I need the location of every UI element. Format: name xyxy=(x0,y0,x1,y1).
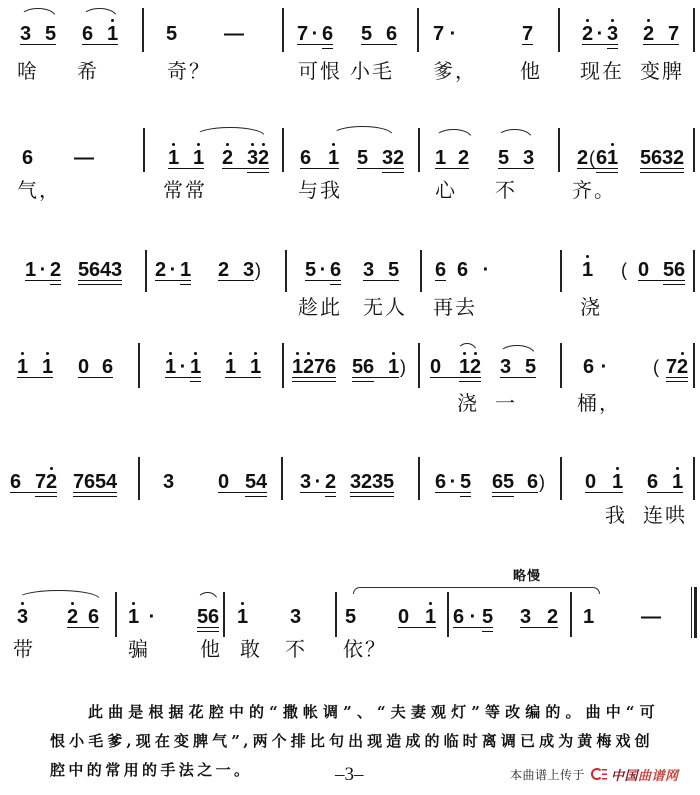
octave-dot-icon xyxy=(71,602,74,605)
note: 1 xyxy=(128,607,139,627)
watermark-brand-part1: 中国 xyxy=(611,765,638,784)
note-text: 1 xyxy=(128,607,139,627)
note: 1 xyxy=(237,607,248,627)
octave-dot-icon xyxy=(132,602,135,605)
note-group: 1 xyxy=(583,607,594,627)
footnote-line: 腔中的常用的手法之一。 xyxy=(50,760,252,780)
note: 5 xyxy=(482,607,493,627)
note-text: 6 xyxy=(208,607,219,627)
watermark: 本曲谱上传于 中国 曲谱网 xyxy=(510,766,679,782)
note-text: 5 xyxy=(482,607,493,627)
note-text: 1 xyxy=(237,607,248,627)
augmentation-dot: · xyxy=(145,607,159,627)
score-page: 3 56 15—7·65 67·72·32 7啥希奇？可恨小毛爹，他现在变脾 6… xyxy=(0,0,700,795)
note: 6 xyxy=(88,607,99,627)
note: 0 xyxy=(398,607,409,627)
octave-dot-icon xyxy=(241,602,244,605)
note-text: 5 xyxy=(345,607,356,627)
final-double-barline xyxy=(691,587,692,638)
score-line: 32 61·561350 16·53 21—带骗他敢不依？ xyxy=(0,0,700,795)
note: 3 xyxy=(290,607,301,627)
note-text: 3 xyxy=(290,607,301,627)
logo-lines xyxy=(602,769,607,780)
note-group: 2 6 xyxy=(67,607,99,627)
lyric: 不 xyxy=(285,638,307,660)
note: 3 xyxy=(17,607,28,627)
barline xyxy=(115,592,117,637)
slur xyxy=(197,592,218,601)
note: 6 xyxy=(453,607,464,627)
note: 3 xyxy=(520,607,531,627)
octave-dot-icon xyxy=(429,602,432,605)
lyric: 他 xyxy=(200,638,222,660)
slur xyxy=(17,590,100,599)
note-group: 5 xyxy=(345,607,356,627)
note-group: 3 2 xyxy=(520,607,558,627)
note-group: 0 1 xyxy=(398,607,436,627)
note-text: 1 xyxy=(583,607,594,627)
note-text: · xyxy=(470,607,477,627)
lyric: 依？ xyxy=(343,638,387,660)
footnote-line: 恨小毛爹,现在变脾气”,两个排比句出现造成的临时离调已成为黄梅戏创 xyxy=(50,731,653,751)
note-group: 3 xyxy=(290,607,301,627)
note: 1 xyxy=(425,607,436,627)
barline xyxy=(570,592,572,637)
note-text: 3 xyxy=(17,607,28,627)
note-text: 2 xyxy=(547,607,558,627)
lyric: 敢 xyxy=(240,638,262,660)
note-group: — xyxy=(641,607,661,627)
note-text: 6 xyxy=(453,607,464,627)
note-text: 2 xyxy=(67,607,78,627)
note: 5 xyxy=(197,607,208,627)
note: 6 xyxy=(208,607,219,627)
barline xyxy=(447,592,449,637)
site-logo-icon xyxy=(591,768,608,781)
footnote-line: 此曲是根据花腔中的“撒帐调”、“夫妻观灯”等改编的。曲中“可 xyxy=(88,702,658,722)
note: 5 xyxy=(345,607,356,627)
note: 1 xyxy=(583,607,594,627)
note-group: 1 xyxy=(128,607,139,627)
note-text: · xyxy=(149,607,156,627)
note-text: 6 xyxy=(88,607,99,627)
note-spacer xyxy=(78,607,88,627)
page-number: –3– xyxy=(335,764,364,786)
watermark-prefix: 本曲谱上传于 xyxy=(510,766,585,783)
barline xyxy=(335,592,337,637)
lyric: 骗 xyxy=(128,638,150,660)
barline xyxy=(223,592,225,637)
note-spacer xyxy=(531,607,547,627)
tempo-bracket xyxy=(353,587,600,594)
note-group: 56 xyxy=(197,607,219,627)
note-spacer xyxy=(409,607,425,627)
note-text: 1 xyxy=(425,607,436,627)
watermark-brand-part2: 曲谱网 xyxy=(638,765,679,784)
note-group: 3 xyxy=(17,607,28,627)
note: 2 xyxy=(547,607,558,627)
sustain-dash: — xyxy=(641,607,661,627)
octave-dot-icon xyxy=(21,602,24,605)
note-text: 5 xyxy=(197,607,208,627)
note: 2 xyxy=(67,607,78,627)
note-group: · xyxy=(145,607,159,627)
augmentation-dot: · xyxy=(464,607,482,627)
lyric: 带 xyxy=(13,638,35,660)
note-text: 0 xyxy=(398,607,409,627)
tempo-marking: 略慢 xyxy=(513,565,541,584)
note-text: — xyxy=(641,607,661,627)
note-group: 6·5 xyxy=(453,607,493,627)
note-text: 3 xyxy=(520,607,531,627)
note-group: 1 xyxy=(237,607,248,627)
